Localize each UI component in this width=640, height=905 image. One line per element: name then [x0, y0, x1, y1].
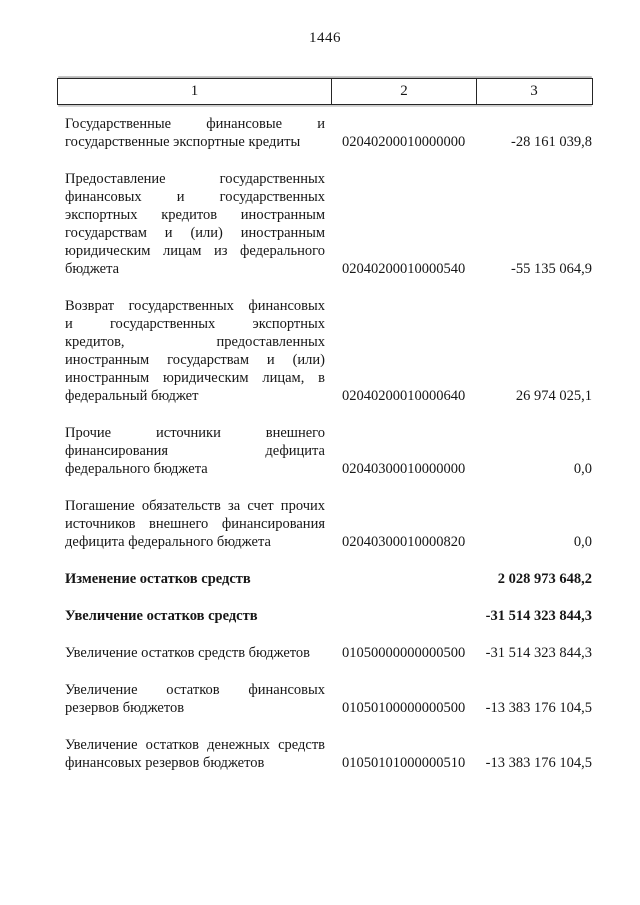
table-row: Изменение остатков средств2 028 973 648,…: [57, 570, 593, 588]
row-label: Государственные финансовые игосударствен…: [57, 115, 325, 151]
row-label-line: федеральный бюджет: [65, 387, 325, 405]
row-amount: -55 135 064,9: [465, 260, 593, 278]
row-budget-code: 01050100000000500: [325, 699, 465, 717]
row-amount: -31 514 323 844,3: [465, 644, 593, 662]
row-label-line: Изменение остатков средств: [65, 570, 325, 588]
row-amount: 26 974 025,1: [465, 387, 593, 405]
row-label-line: финансовых резервов бюджетов: [65, 754, 325, 772]
row-amount: 0,0: [465, 460, 593, 478]
row-budget-code: 02040300010000820: [325, 533, 465, 551]
row-amount: -28 161 039,8: [465, 133, 593, 151]
row-label-line: Возврат государственных финансовых: [65, 297, 325, 315]
document-page: 1446 1 2 3 Государственные финансовые иг…: [0, 0, 640, 905]
table-row: Увеличение остатков финансовыхрезервов б…: [57, 681, 593, 717]
row-amount: -13 383 176 104,5: [465, 754, 593, 772]
row-budget-code: 02040300010000000: [325, 460, 465, 478]
row-label: Прочие источники внешнегофинансирования …: [57, 424, 325, 478]
row-label-line: источников внешнего финансирования: [65, 515, 325, 533]
row-budget-code: 01050101000000510: [325, 754, 465, 772]
row-label: Увеличение остатков денежных средствфина…: [57, 736, 325, 772]
header-col-2: 2: [331, 79, 476, 104]
row-label-line: юридическим лицам из федерального: [65, 242, 325, 260]
row-label-line: резервов бюджетов: [65, 699, 325, 717]
header-col-1: 1: [58, 79, 331, 104]
row-label: Возврат государственных финансовыхи госу…: [57, 297, 325, 405]
row-label: Увеличение остатков средств: [57, 607, 325, 625]
row-label-line: федерального бюджета: [65, 460, 325, 478]
table-row: Погашение обязательств за счет прочихист…: [57, 497, 593, 551]
table-row: Увеличение остатков средств-31 514 323 8…: [57, 607, 593, 625]
row-label: Увеличение остатков средств бюджетов: [57, 644, 325, 662]
row-label: Погашение обязательств за счет прочихист…: [57, 497, 325, 551]
budget-sources-table: 1 2 3 Государственные финансовые игосуда…: [57, 78, 593, 791]
table-row: Увеличение остатков денежных средствфина…: [57, 736, 593, 772]
row-label-line: иностранным государствам и (или): [65, 351, 325, 369]
row-label-line: финансирования дефицита: [65, 442, 325, 460]
row-label-line: Увеличение остатков финансовых: [65, 681, 325, 699]
row-label-line: Прочие источники внешнего: [65, 424, 325, 442]
row-budget-code: 02040200010000640: [325, 387, 465, 405]
row-label-line: иностранным юридическим лицам, в: [65, 369, 325, 387]
row-label: Увеличение остатков финансовыхрезервов б…: [57, 681, 325, 717]
table-row: Государственные финансовые игосударствен…: [57, 115, 593, 151]
row-label-line: и государственных экспортных: [65, 315, 325, 333]
table-header: 1 2 3: [57, 78, 593, 105]
row-label-line: государствам и (или) иностранным: [65, 224, 325, 242]
table-row: Прочие источники внешнегофинансирования …: [57, 424, 593, 478]
row-label-line: Увеличение остатков средств: [65, 607, 325, 625]
row-amount: -31 514 323 844,3: [465, 607, 593, 625]
header-col-3: 3: [476, 79, 591, 104]
row-label-line: бюджета: [65, 260, 325, 278]
row-label-line: государственные экспортные кредиты: [65, 133, 325, 151]
table-body: Государственные финансовые игосударствен…: [57, 115, 593, 772]
row-label-line: финансовых и государственных: [65, 188, 325, 206]
row-label-line: Увеличение остатков средств бюджетов: [65, 644, 325, 662]
row-budget-code: 01050000000000500: [325, 644, 465, 662]
row-budget-code: 02040200010000540: [325, 260, 465, 278]
row-amount: -13 383 176 104,5: [465, 699, 593, 717]
row-label: Предоставление государственныхфинансовых…: [57, 170, 325, 278]
table-row: Увеличение остатков средств бюджетов0105…: [57, 644, 593, 662]
page-number: 1446: [57, 30, 593, 47]
table-row: Предоставление государственныхфинансовых…: [57, 170, 593, 278]
row-label: Изменение остатков средств: [57, 570, 325, 588]
row-label-line: Государственные финансовые и: [65, 115, 325, 133]
row-label-line: дефицита федерального бюджета: [65, 533, 325, 551]
row-label-line: Увеличение остатков денежных средств: [65, 736, 325, 754]
row-amount: 2 028 973 648,2: [465, 570, 593, 588]
row-amount: 0,0: [465, 533, 593, 551]
row-label-line: кредитов, предоставленных: [65, 333, 325, 351]
row-label-line: экспортных кредитов иностранным: [65, 206, 325, 224]
table-row: Возврат государственных финансовыхи госу…: [57, 297, 593, 405]
row-label-line: Погашение обязательств за счет прочих: [65, 497, 325, 515]
row-label-line: Предоставление государственных: [65, 170, 325, 188]
row-budget-code: 02040200010000000: [325, 133, 465, 151]
